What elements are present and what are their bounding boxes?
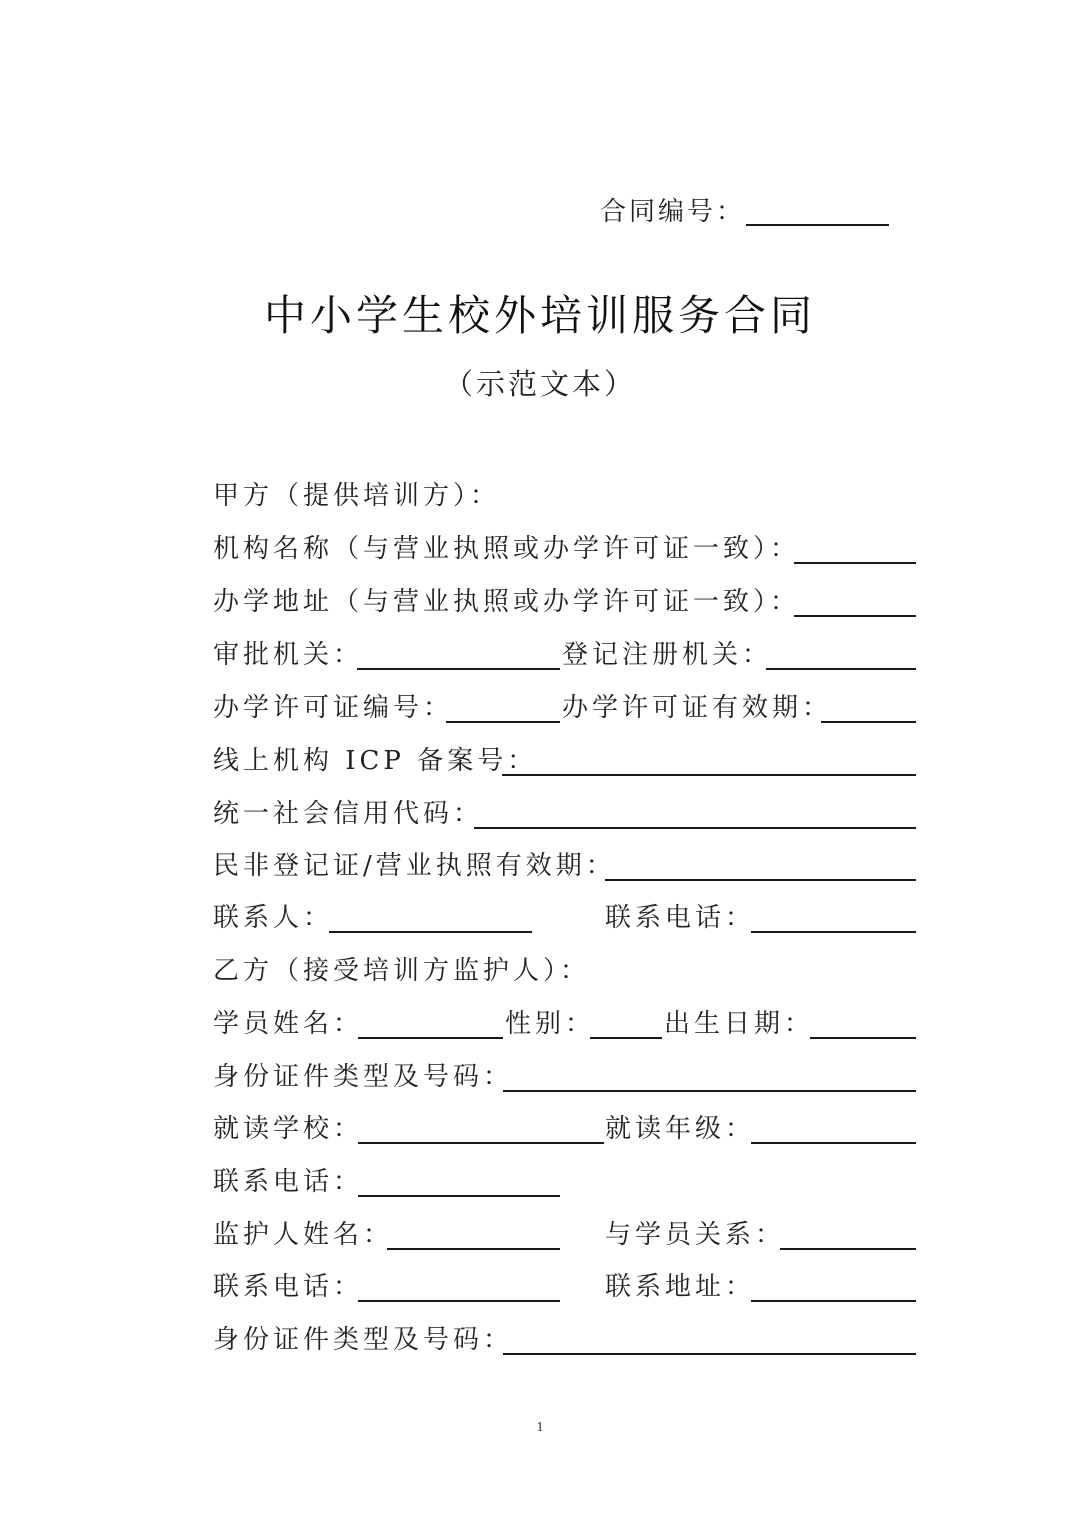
student-id-label: 身份证件类型及号码： [213,1057,513,1097]
institution-name-label: 机构名称（与营业执照或办学许可证一致）： [213,529,800,569]
license-number-label: 办学许可证编号： [213,688,453,728]
school-grade-row: 就读学校： 就读年级： [0,1109,1080,1149]
credit-code-blank[interactable] [474,827,916,829]
guardian-phone-blank[interactable] [358,1300,560,1302]
guardian-address-label: 联系地址： [605,1267,755,1307]
student-info-row: 学员姓名： 性别： 出生日期： [0,1004,1080,1044]
credit-code-label: 统一社会信用代码： [213,794,483,834]
student-phone-row: 联系电话： [0,1162,1080,1202]
grade-label: 就读年级： [605,1109,755,1149]
icp-row: 线上机构 ICP 备案号： [0,741,1080,781]
guardian-address-blank[interactable] [751,1300,916,1302]
contact-person-blank[interactable] [329,931,532,933]
guardian-id-blank[interactable] [503,1353,916,1355]
page-number: 1 [0,1420,1080,1436]
school-address-row: 办学地址（与营业执照或办学许可证一致）： [0,582,1080,622]
registration-authority-label: 登记注册机关： [562,635,772,675]
institution-name-blank[interactable] [794,562,916,564]
license-validity-label: 办学许可证有效期： [562,688,832,728]
party-a-heading-row: 甲方（提供培训方）： [0,476,1080,516]
document-subtitle: （示范文本） [0,364,1080,404]
birth-date-blank[interactable] [810,1037,916,1039]
school-address-label: 办学地址（与营业执照或办学许可证一致）： [213,582,800,622]
approval-authority-blank[interactable] [357,668,560,670]
student-id-blank[interactable] [503,1090,916,1092]
document-page: 合同编号： 中小学生校外培训服务合同 （示范文本） 甲方（提供培训方）： 机构名… [0,0,1080,1528]
party-a-heading: 甲方（提供培训方）： [213,476,500,516]
contract-number-blank[interactable] [746,224,889,226]
gender-label: 性别： [505,1004,595,1044]
guardian-contact-row: 联系电话： 联系地址： [0,1267,1080,1307]
approval-authority-label: 审批机关： [213,635,363,675]
student-name-label: 学员姓名： [213,1004,363,1044]
authority-row: 审批机关： 登记注册机关： [0,635,1080,675]
business-license-validity-label: 民非登记证/营业执照有效期： [213,846,616,886]
license-number-blank[interactable] [446,721,560,723]
student-id-row: 身份证件类型及号码： [0,1057,1080,1097]
guardian-name-label: 监护人姓名： [213,1215,393,1255]
guardian-row: 监护人姓名： 与学员关系： [0,1215,1080,1255]
contact-person-label: 联系人： [213,898,333,938]
guardian-phone-label: 联系电话： [213,1267,363,1307]
party-a-contact-row: 联系人： 联系电话： [0,898,1080,938]
institution-name-row: 机构名称（与营业执照或办学许可证一致）： [0,529,1080,569]
school-address-blank[interactable] [794,615,916,617]
party-a-phone-blank[interactable] [751,931,916,933]
business-license-row: 民非登记证/营业执照有效期： [0,846,1080,886]
guardian-id-row: 身份证件类型及号码： [0,1320,1080,1360]
guardian-id-label: 身份证件类型及号码： [213,1320,513,1360]
registration-authority-blank[interactable] [766,668,916,670]
license-validity-blank[interactable] [821,721,916,723]
license-row: 办学许可证编号： 办学许可证有效期： [0,688,1080,728]
party-b-heading: 乙方（接受培训方监护人）： [213,951,590,991]
icp-label: 线上机构 ICP 备案号： [213,741,537,781]
student-name-blank[interactable] [358,1037,503,1039]
business-license-validity-blank[interactable] [605,879,916,881]
birth-date-label: 出生日期： [664,1004,814,1044]
party-a-phone-label: 联系电话： [605,898,755,938]
relationship-blank[interactable] [780,1248,916,1250]
school-blank[interactable] [358,1142,604,1144]
relationship-label: 与学员关系： [605,1215,785,1255]
gender-blank[interactable] [590,1037,662,1039]
contract-number-label: 合同编号： [600,194,745,230]
credit-code-row: 统一社会信用代码： [0,794,1080,834]
icp-blank[interactable] [502,774,916,776]
school-label: 就读学校： [213,1109,363,1149]
student-phone-label: 联系电话： [213,1162,363,1202]
student-phone-blank[interactable] [358,1195,560,1197]
party-b-heading-row: 乙方（接受培训方监护人）： [0,951,1080,991]
guardian-name-blank[interactable] [387,1248,560,1250]
document-title: 中小学生校外培训服务合同 [0,288,1080,344]
grade-blank[interactable] [751,1142,916,1144]
